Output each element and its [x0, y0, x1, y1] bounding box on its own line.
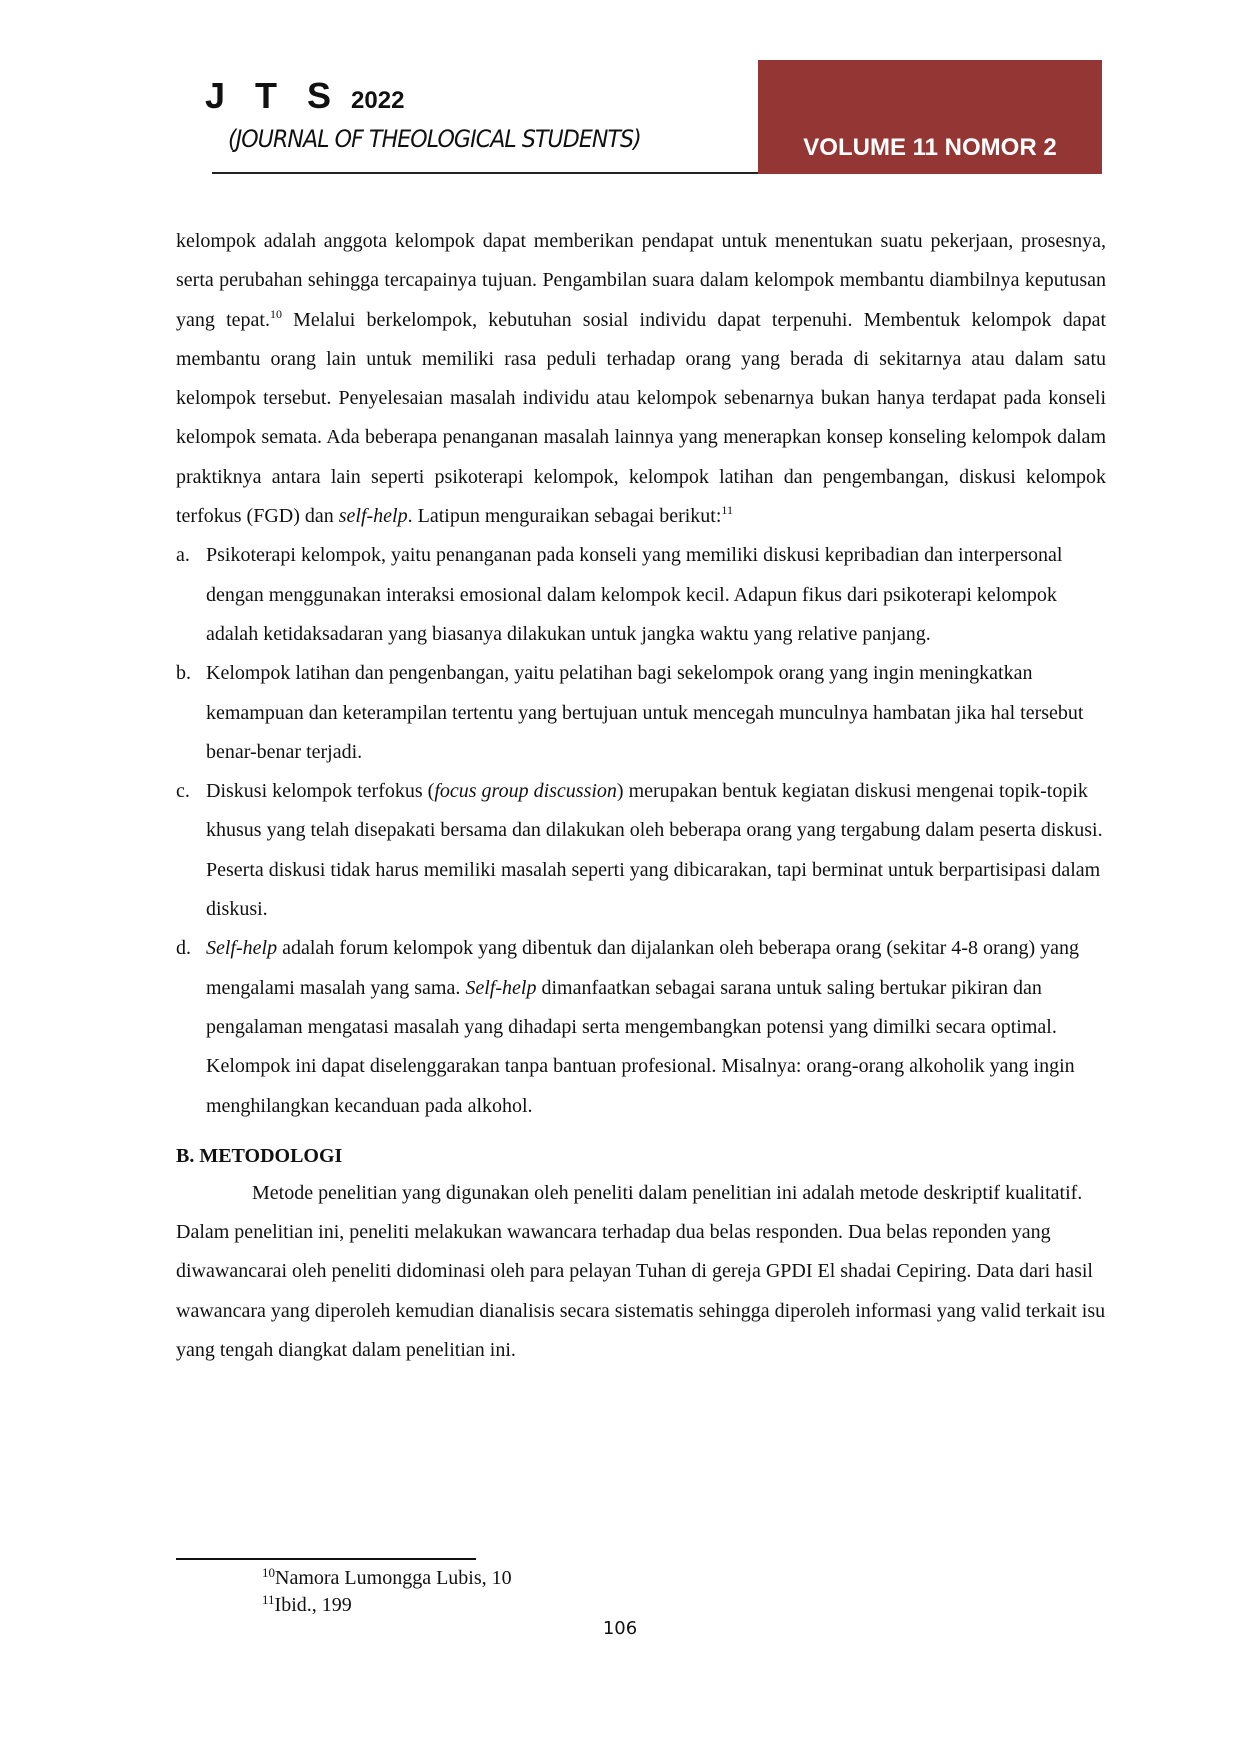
footnotes: 10Namora Lumongga Lubis, 10 11Ibid., 199	[262, 1565, 512, 1619]
list-marker: d.	[176, 929, 206, 1125]
footnote-ref-10: 10	[270, 307, 282, 321]
journal-masthead: J T S 2022	[205, 75, 404, 117]
article-body: kelompok adalah anggota kelompok dapat m…	[176, 222, 1106, 1370]
footnote-divider	[176, 1558, 476, 1560]
volume-label: VOLUME 11 NOMOR 2	[758, 134, 1102, 162]
method-paragraph: Metode penelitian yang digunakan oleh pe…	[176, 1174, 1106, 1370]
footnote-item: 11Ibid., 199	[262, 1592, 512, 1619]
page-number: 106	[0, 1618, 1240, 1639]
list-item: a. Psikoterapi kelompok, yaitu penangana…	[176, 536, 1106, 654]
volume-banner: VOLUME 11 NOMOR 2	[758, 60, 1102, 174]
list-marker: a.	[176, 536, 206, 654]
list-marker: b.	[176, 654, 206, 772]
journal-abbreviation: J T S	[205, 75, 341, 117]
list-item: c. Diskusi kelompok terfokus (focus grou…	[176, 772, 1106, 929]
list-marker: c.	[176, 772, 206, 929]
header-divider	[212, 172, 760, 174]
list-item: b. Kelompok latihan dan pengenbangan, ya…	[176, 654, 1106, 772]
footnote-item: 10Namora Lumongga Lubis, 10	[262, 1565, 512, 1592]
footnote-ref-11: 11	[721, 503, 733, 517]
journal-full-title: (JOURNAL OF THEOLOGICAL STUDENTS)	[228, 125, 641, 153]
section-heading: B. METODOLOGI	[176, 1138, 1106, 1174]
journal-year: 2022	[351, 87, 404, 115]
intro-paragraph: kelompok adalah anggota kelompok dapat m…	[176, 222, 1106, 536]
list-item: d. Self-help adalah forum kelompok yang …	[176, 929, 1106, 1125]
